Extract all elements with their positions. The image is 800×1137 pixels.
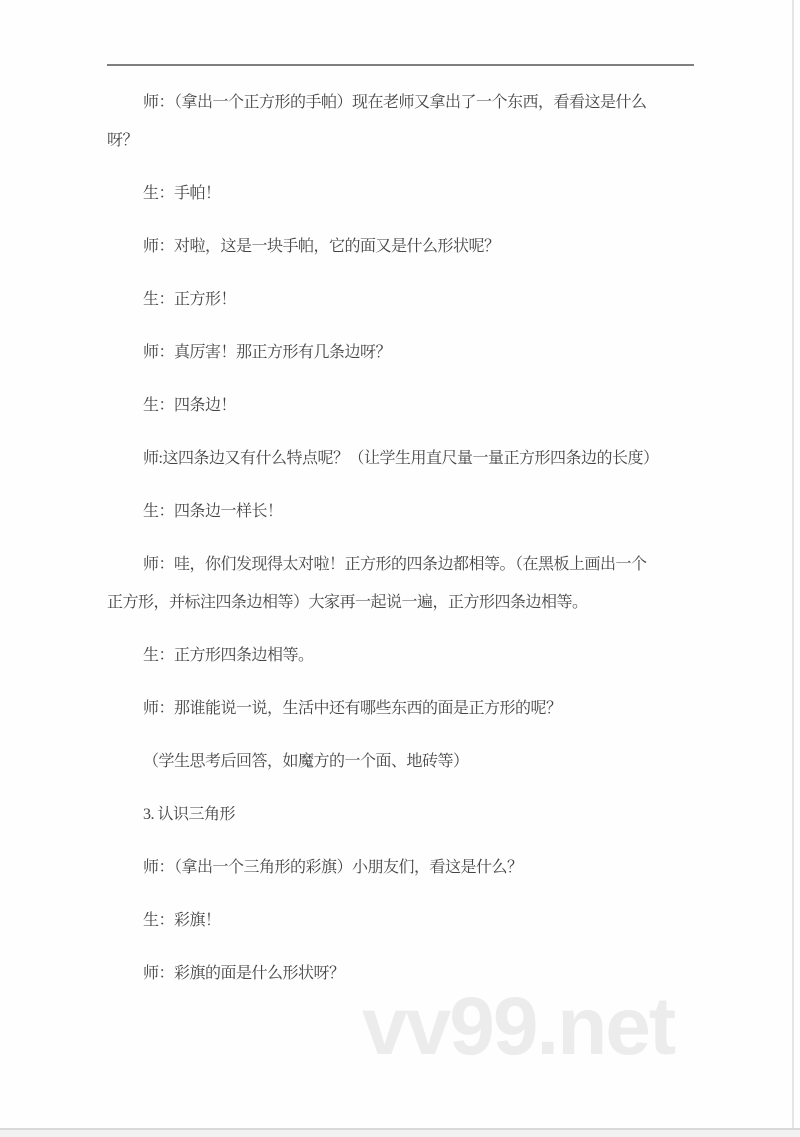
student-line: 生：正方形四条边相等。 xyxy=(107,637,699,675)
paragraph-text: 生：正方形四条边相等。 xyxy=(107,637,699,675)
teacher-line: 师：那谁能说一说，生活中还有哪些东西的面是正方形的呢？ xyxy=(107,690,699,728)
paragraph-text: 生：彩旗！ xyxy=(107,902,699,940)
section-heading: 3. 认识三角形 xyxy=(107,796,699,834)
paragraph-text: 师：对啦，这是一块手帕，它的面又是什么形状呢？ xyxy=(107,228,699,266)
paragraph-text: 师：真厉害！那正方形有几条边呀？ xyxy=(107,334,699,372)
document-page: 师：（拿出一个正方形的手帕）现在老师又拿出了一个东西，看看这是什么 呀？ 生：手… xyxy=(0,0,800,1137)
paragraph-text: 生：四条边！ xyxy=(107,387,699,425)
page-right-border xyxy=(792,0,794,1130)
paragraph-text: 正方形，并标注四条边相等）大家再一起说一遍，正方形四条边相等。 xyxy=(107,584,699,622)
paragraph-text: 生：手帕！ xyxy=(107,175,699,213)
header-divider-rule xyxy=(107,64,694,66)
teacher-line: 师：哇，你们发现得太对啦！正方形的四条边都相等。（在黑板上画出一个 正方形，并标… xyxy=(107,546,699,622)
paragraph-text: 师：（拿出一个正方形的手帕）现在老师又拿出了一个东西，看看这是什么 xyxy=(107,84,699,122)
student-line: 生：彩旗！ xyxy=(107,902,699,940)
teacher-line: 师：（拿出一个三角形的彩旗）小朋友们，看这是什么？ xyxy=(107,849,699,887)
paragraph-text: 师：那谁能说一说，生活中还有哪些东西的面是正方形的呢？ xyxy=(107,690,699,728)
teacher-line: 师：对啦，这是一块手帕，它的面又是什么形状呢？ xyxy=(107,228,699,266)
paragraph-text: 生：四条边一样长！ xyxy=(107,493,699,531)
heading-text: 3. 认识三角形 xyxy=(107,796,699,834)
student-line: 生：四条边！ xyxy=(107,387,699,425)
page-bottom-margin xyxy=(0,1130,800,1137)
stage-direction: （学生思考后回答，如魔方的一个面、地砖等） xyxy=(107,743,699,781)
paragraph-text: 师：哇，你们发现得太对啦！正方形的四条边都相等。（在黑板上画出一个 xyxy=(107,546,699,584)
teacher-line: 师：真厉害！那正方形有几条边呀？ xyxy=(107,334,699,372)
document-content: 师：（拿出一个正方形的手帕）现在老师又拿出了一个东西，看看这是什么 呀？ 生：手… xyxy=(107,84,699,1008)
paragraph-text: 师:这四条边又有什么特点呢？（让学生用直尺量一量正方形四条边的长度） xyxy=(107,440,699,478)
student-line: 生：手帕！ xyxy=(107,175,699,213)
teacher-line: 师：（拿出一个正方形的手帕）现在老师又拿出了一个东西，看看这是什么 呀？ xyxy=(107,84,699,160)
student-line: 生：正方形！ xyxy=(107,281,699,319)
teacher-line: 师:这四条边又有什么特点呢？（让学生用直尺量一量正方形四条边的长度） xyxy=(107,440,699,478)
paragraph-text: 生：正方形！ xyxy=(107,281,699,319)
paragraph-text: 师：（拿出一个三角形的彩旗）小朋友们，看这是什么？ xyxy=(107,849,699,887)
paragraph-text: （学生思考后回答，如魔方的一个面、地砖等） xyxy=(107,743,699,781)
student-line: 生：四条边一样长！ xyxy=(107,493,699,531)
watermark: vv99.net xyxy=(362,986,674,1068)
paragraph-text: 呀？ xyxy=(107,122,699,160)
